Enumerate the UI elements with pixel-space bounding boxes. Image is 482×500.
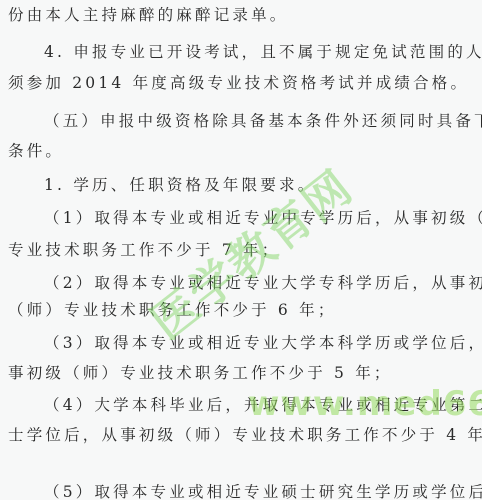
item-5-line-1: （5）取得本专业或相近专业硕士研究生学历或学位后，: [44, 482, 482, 500]
document-page: 份由本人主持麻醉的麻醉记录单。 4. 申报专业已开设考试，且不属于规定免试范围的…: [0, 0, 482, 500]
watermark-url: www.med66.com: [248, 384, 482, 424]
text-line-1: 份由本人主持麻醉的麻醉记录单。: [8, 5, 289, 25]
item-3-line-1: （3）取得本专业或相近专业大学本科学历或学位后，从: [44, 333, 482, 353]
text-line-2: 4. 申报专业已开设考试，且不属于规定免试范围的人员，: [44, 42, 482, 62]
section-heading-5: （五）申报中级资格除具备基本条件外还须同时具备下列: [44, 111, 482, 131]
text-line-3: 须参加 2014 年度高级专业技术资格考试并成绩合格。: [8, 73, 469, 93]
item-3-line-2: 事初级（师）专业技术职务工作不少于 5 年；: [8, 363, 393, 383]
item-4-line-2: 士学位后，从事初级（师）专业技术职务工作不少于 4 年。: [8, 425, 482, 445]
text-line-5: 条件。: [8, 141, 64, 161]
